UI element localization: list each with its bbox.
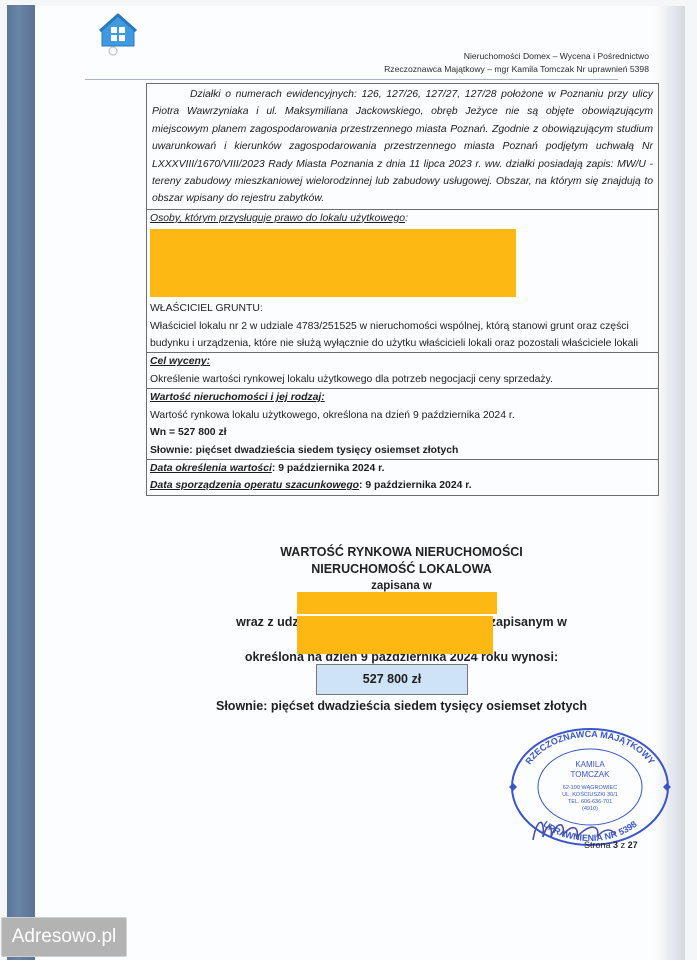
owners-label: Osoby, którym przysługuje prawo do lokal… — [150, 210, 654, 227]
dates-section: Data określenia wartości: 9 października… — [147, 459, 658, 495]
document-header: Nieruchomości Domex – Wycena i Pośrednic… — [384, 50, 649, 76]
summary-amount-words: Słownie: pięćset dwadzieścia siedem tysi… — [146, 699, 657, 713]
svg-text:TOMCZAK: TOMCZAK — [571, 770, 611, 779]
registered-in-text: zapisana w — [146, 580, 657, 592]
value-label: Wartość nieruchomości i jej rodzaj: — [150, 389, 654, 406]
purpose-label: Cel wyceny: — [150, 353, 654, 370]
svg-text:(4910): (4910) — [582, 806, 598, 812]
owners-section: Osoby, którym przysługuje prawo do lokal… — [147, 209, 658, 353]
page-number: Strona 3 z 27 — [584, 840, 638, 850]
land-owner-heading: WŁAŚCICIEL GRUNTU: — [150, 300, 654, 317]
purpose-text: Określenie wartości rynkowej lokalu użyt… — [150, 371, 654, 388]
summary-table: Działki o numerach ewidencyjnych: 126, 1… — [146, 83, 659, 496]
redacted-land-register — [297, 592, 497, 614]
appraiser-stamp-icon: RZECZOZNAWCA MAJĄTKOWY UPRAWNIENIA NR 53… — [505, 725, 675, 850]
appraiser-line: Rzeczoznawca Majątkowy – mgr Kamila Tomc… — [384, 63, 649, 76]
binder-strip — [7, 5, 35, 960]
header-divider — [85, 79, 618, 80]
redacted-owners — [150, 229, 516, 297]
value-text: Wartość rynkowa lokalu użytkowego, okreś… — [150, 407, 654, 424]
value-amount: Wn = 527 800 zł — [150, 424, 654, 441]
valuation-date: Data określenia wartości: 9 października… — [150, 460, 654, 477]
svg-text:TEL. 606-636-701: TEL. 606-636-701 — [568, 799, 612, 805]
zoning-section: Działki o numerach ewidencyjnych: 126, 1… — [147, 84, 658, 209]
land-owner-text: Właściciel lokalu nr 2 w udziale 4783/25… — [150, 318, 654, 353]
report-date: Data sporządzenia operatu szacunkowego: … — [150, 477, 654, 494]
redacted-land-register-2 — [297, 616, 493, 654]
summary-title-line2: NIERUCHOMOŚĆ LOKALOWA — [146, 562, 657, 576]
summary-title-line1: WARTOŚĆ RYNKOWA NIERUCHOMOŚCI — [146, 545, 657, 559]
value-amount-box: 527 800 zł — [316, 664, 468, 695]
value-section: Wartość nieruchomości i jej rodzaj: Wart… — [147, 388, 658, 459]
purpose-section: Cel wyceny: Określenie wartości rynkowej… — [147, 352, 658, 388]
svg-text:62-100 WĄGROWIEC: 62-100 WĄGROWIEC — [563, 785, 617, 791]
company-line: Nieruchomości Domex – Wycena i Pośrednic… — [384, 50, 649, 63]
house-logo-icon — [98, 12, 138, 56]
svg-text:KAMILA: KAMILA — [575, 760, 605, 769]
svg-text:UL. KOŚCIUSZKI 30/1: UL. KOŚCIUSZKI 30/1 — [562, 790, 618, 798]
zoning-text: Działki o numerach ewidencyjnych: 126, 1… — [152, 86, 653, 208]
value-words: Słownie: pięćset dwadzieścia siedem tysi… — [150, 442, 654, 459]
adresowo-watermark: Adresowo.pl — [1, 917, 127, 957]
